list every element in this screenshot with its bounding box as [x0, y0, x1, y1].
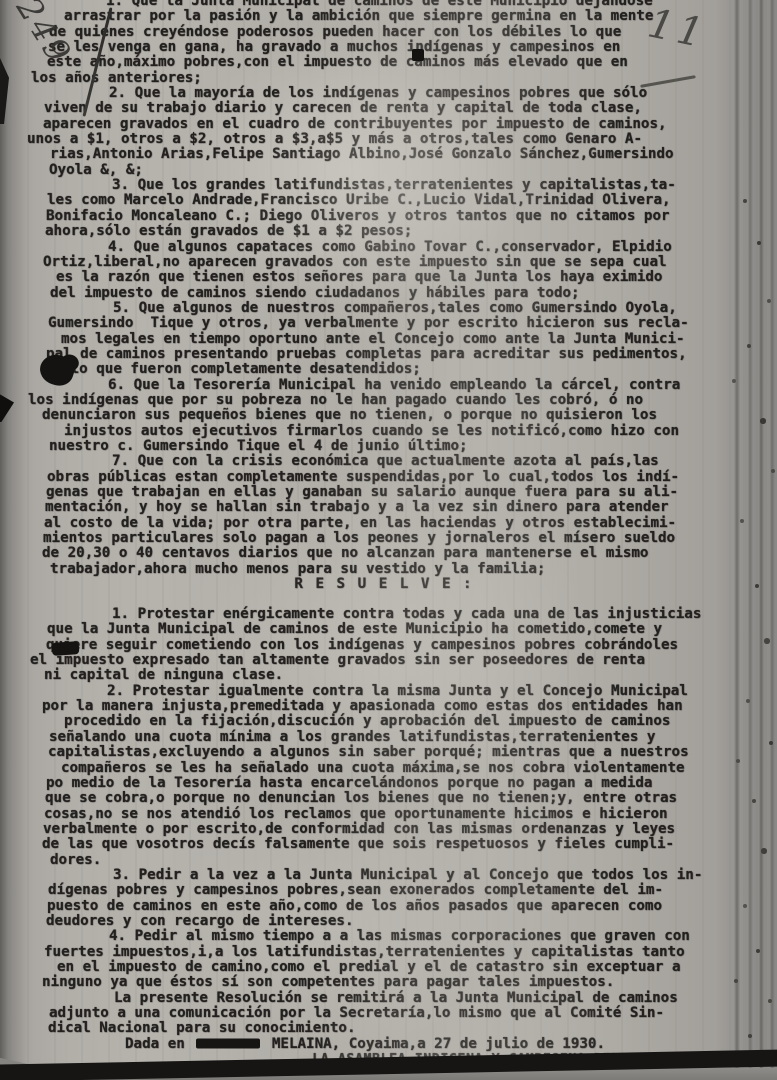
text-line: Ortiz,liberal,no aparecen gravados con e… [46, 255, 722, 270]
text-line: La presente Resolución se remitirá a la … [46, 991, 722, 1006]
text-line: fuertes impuestos,i,a los latifundistas,… [46, 945, 722, 960]
text-line: es la razón que tienen estos señores par… [60, 270, 722, 285]
text-line: trabajador,ahora mucho menos para su ves… [46, 562, 722, 577]
ink-blot-small [412, 49, 424, 61]
text-line: nuestro c. Gumersindo Tique el 4 de juni… [46, 439, 722, 454]
text-line: dígenas pobres y campesinos pobres,sean … [46, 883, 722, 898]
text-line: po medio de la Tesorería hasta encarcelá… [46, 776, 722, 791]
ink-blot-over-word [52, 641, 80, 656]
resuelve-heading: R E S U E L V E : [46, 577, 722, 593]
text-line: cosas,no se nos atendió los reclamos que… [46, 807, 722, 822]
date-line: Dada en MELAINA, Coyaima,a 27 de julio d… [60, 1037, 722, 1052]
text-line: de quienes creyéndose poderosos pueden h… [46, 25, 722, 40]
text-line: este año,máximo pobres,con el impuesto d… [46, 55, 722, 70]
text-line: de 20,30 o 40 centavos diarios que no al… [46, 546, 722, 561]
text-line: en el impuesto de camino,como el predial… [60, 960, 722, 975]
text-line: compañeros se les ha señalado una cuota … [60, 761, 722, 776]
text-line: viven de su trabajo diario y carecen de … [46, 101, 722, 116]
text-line: verbalmente o por escrito,de conformidad… [46, 822, 722, 837]
text-line: ninguno ya que éstos sí son competentes … [46, 975, 722, 990]
text-line: 2. Protestar igualmente contra la misma … [46, 684, 722, 699]
text-line: quiere seguir cometiendo con los indígen… [46, 638, 722, 653]
text-line: obras públicas estan completamente suspe… [46, 470, 722, 485]
date-text: MELAINA, Coyaima,a 27 de julio de 1930. [263, 1036, 605, 1052]
text-line: injustos autos ejecutivos firmarlos cuan… [60, 424, 722, 439]
text-line: denunciaron sus pequeños bienes que no t… [46, 408, 722, 423]
date-text: Dada en [125, 1036, 193, 1052]
text-line: ni capital de ninguna clase. [46, 668, 722, 683]
text-line: 6. Que la Tesorería Municipal ha venido … [46, 378, 722, 393]
text-line: 5. Que algunos de nuestros compañeros,ta… [46, 301, 722, 316]
text-line: que la Junta Municipal de caminos de est… [46, 622, 722, 637]
text-line: los años anteriores; [31, 71, 722, 86]
ink-blot-edge [0, 392, 14, 422]
text-line: ahora,sólo están gravados de $1 a $2 pes… [46, 224, 722, 239]
document-body: 1. Que la Junta Municipal de caminos de … [46, 0, 722, 1067]
text-line: capitalistas,excluyendo a algunos sin sa… [46, 745, 722, 760]
text-line: deudores y con recargo de intereses. [46, 914, 722, 929]
text-line: dical Nacional para su conocimiento. [46, 1021, 722, 1036]
text-line: Gumersindo Tique y otros, ya verbalmente… [46, 316, 722, 331]
text-line: 4. Que algunos capataces como Gabino Tov… [46, 240, 722, 255]
text-line: aparecen gravados en el cuadro de contri… [46, 117, 722, 132]
text-line: 4. Pedir al mismo tiempo a a las mismas … [46, 929, 722, 944]
text-line: 7. Que con la crisis económica que actua… [46, 454, 722, 469]
text-line: de las que vosotros decís falsamente que… [46, 837, 722, 852]
text-line: rias,Antonio Arias,Felipe Santiago Albin… [46, 147, 722, 162]
document-page: 1. Que la Junta Municipal de caminos de … [0, 0, 777, 1080]
text-line: dores. [46, 853, 722, 868]
text-line: señalando una cuota mínima a los grandes… [46, 730, 722, 745]
text-line: de lo que fueron completamente desatendi… [46, 362, 722, 377]
text-line: arrastrar por la pasión y la ambición qu… [60, 9, 722, 24]
text-line: al costo de la vida; por otra parte, en … [46, 516, 722, 531]
text-line: puesto de caminos en este año,como de lo… [46, 899, 722, 914]
text-line: 3. Pedir a la vez a la Junta Municipal y… [46, 868, 722, 883]
text-line: que se cobra,o porque no denuncian los b… [46, 791, 722, 806]
page-edge-nick [0, 58, 9, 124]
text-line: Oyola &, &; [46, 163, 722, 178]
text-line: mentación, y hoy se hallan sin trabajo y… [46, 500, 722, 515]
text-line: les como Marcelo Andrade,Francisco Uribe… [46, 193, 722, 208]
text-line: Bonifacio Moncaleano C.; Diego Oliveros … [46, 209, 722, 224]
text-line: mos legales en tiempo oportuno ante el C… [60, 332, 722, 347]
redaction-bar [196, 1038, 260, 1048]
text-line: del impuesto de caminos siendo ciudadano… [46, 286, 722, 301]
scan-speckles [0, 0, 2, 2]
text-line: procedido en la fijación,discución y apr… [60, 714, 722, 729]
text-line: los indígenas que por su pobreza no le h… [31, 393, 722, 408]
text-line: pal de caminos presentando pruebas compl… [46, 347, 722, 362]
